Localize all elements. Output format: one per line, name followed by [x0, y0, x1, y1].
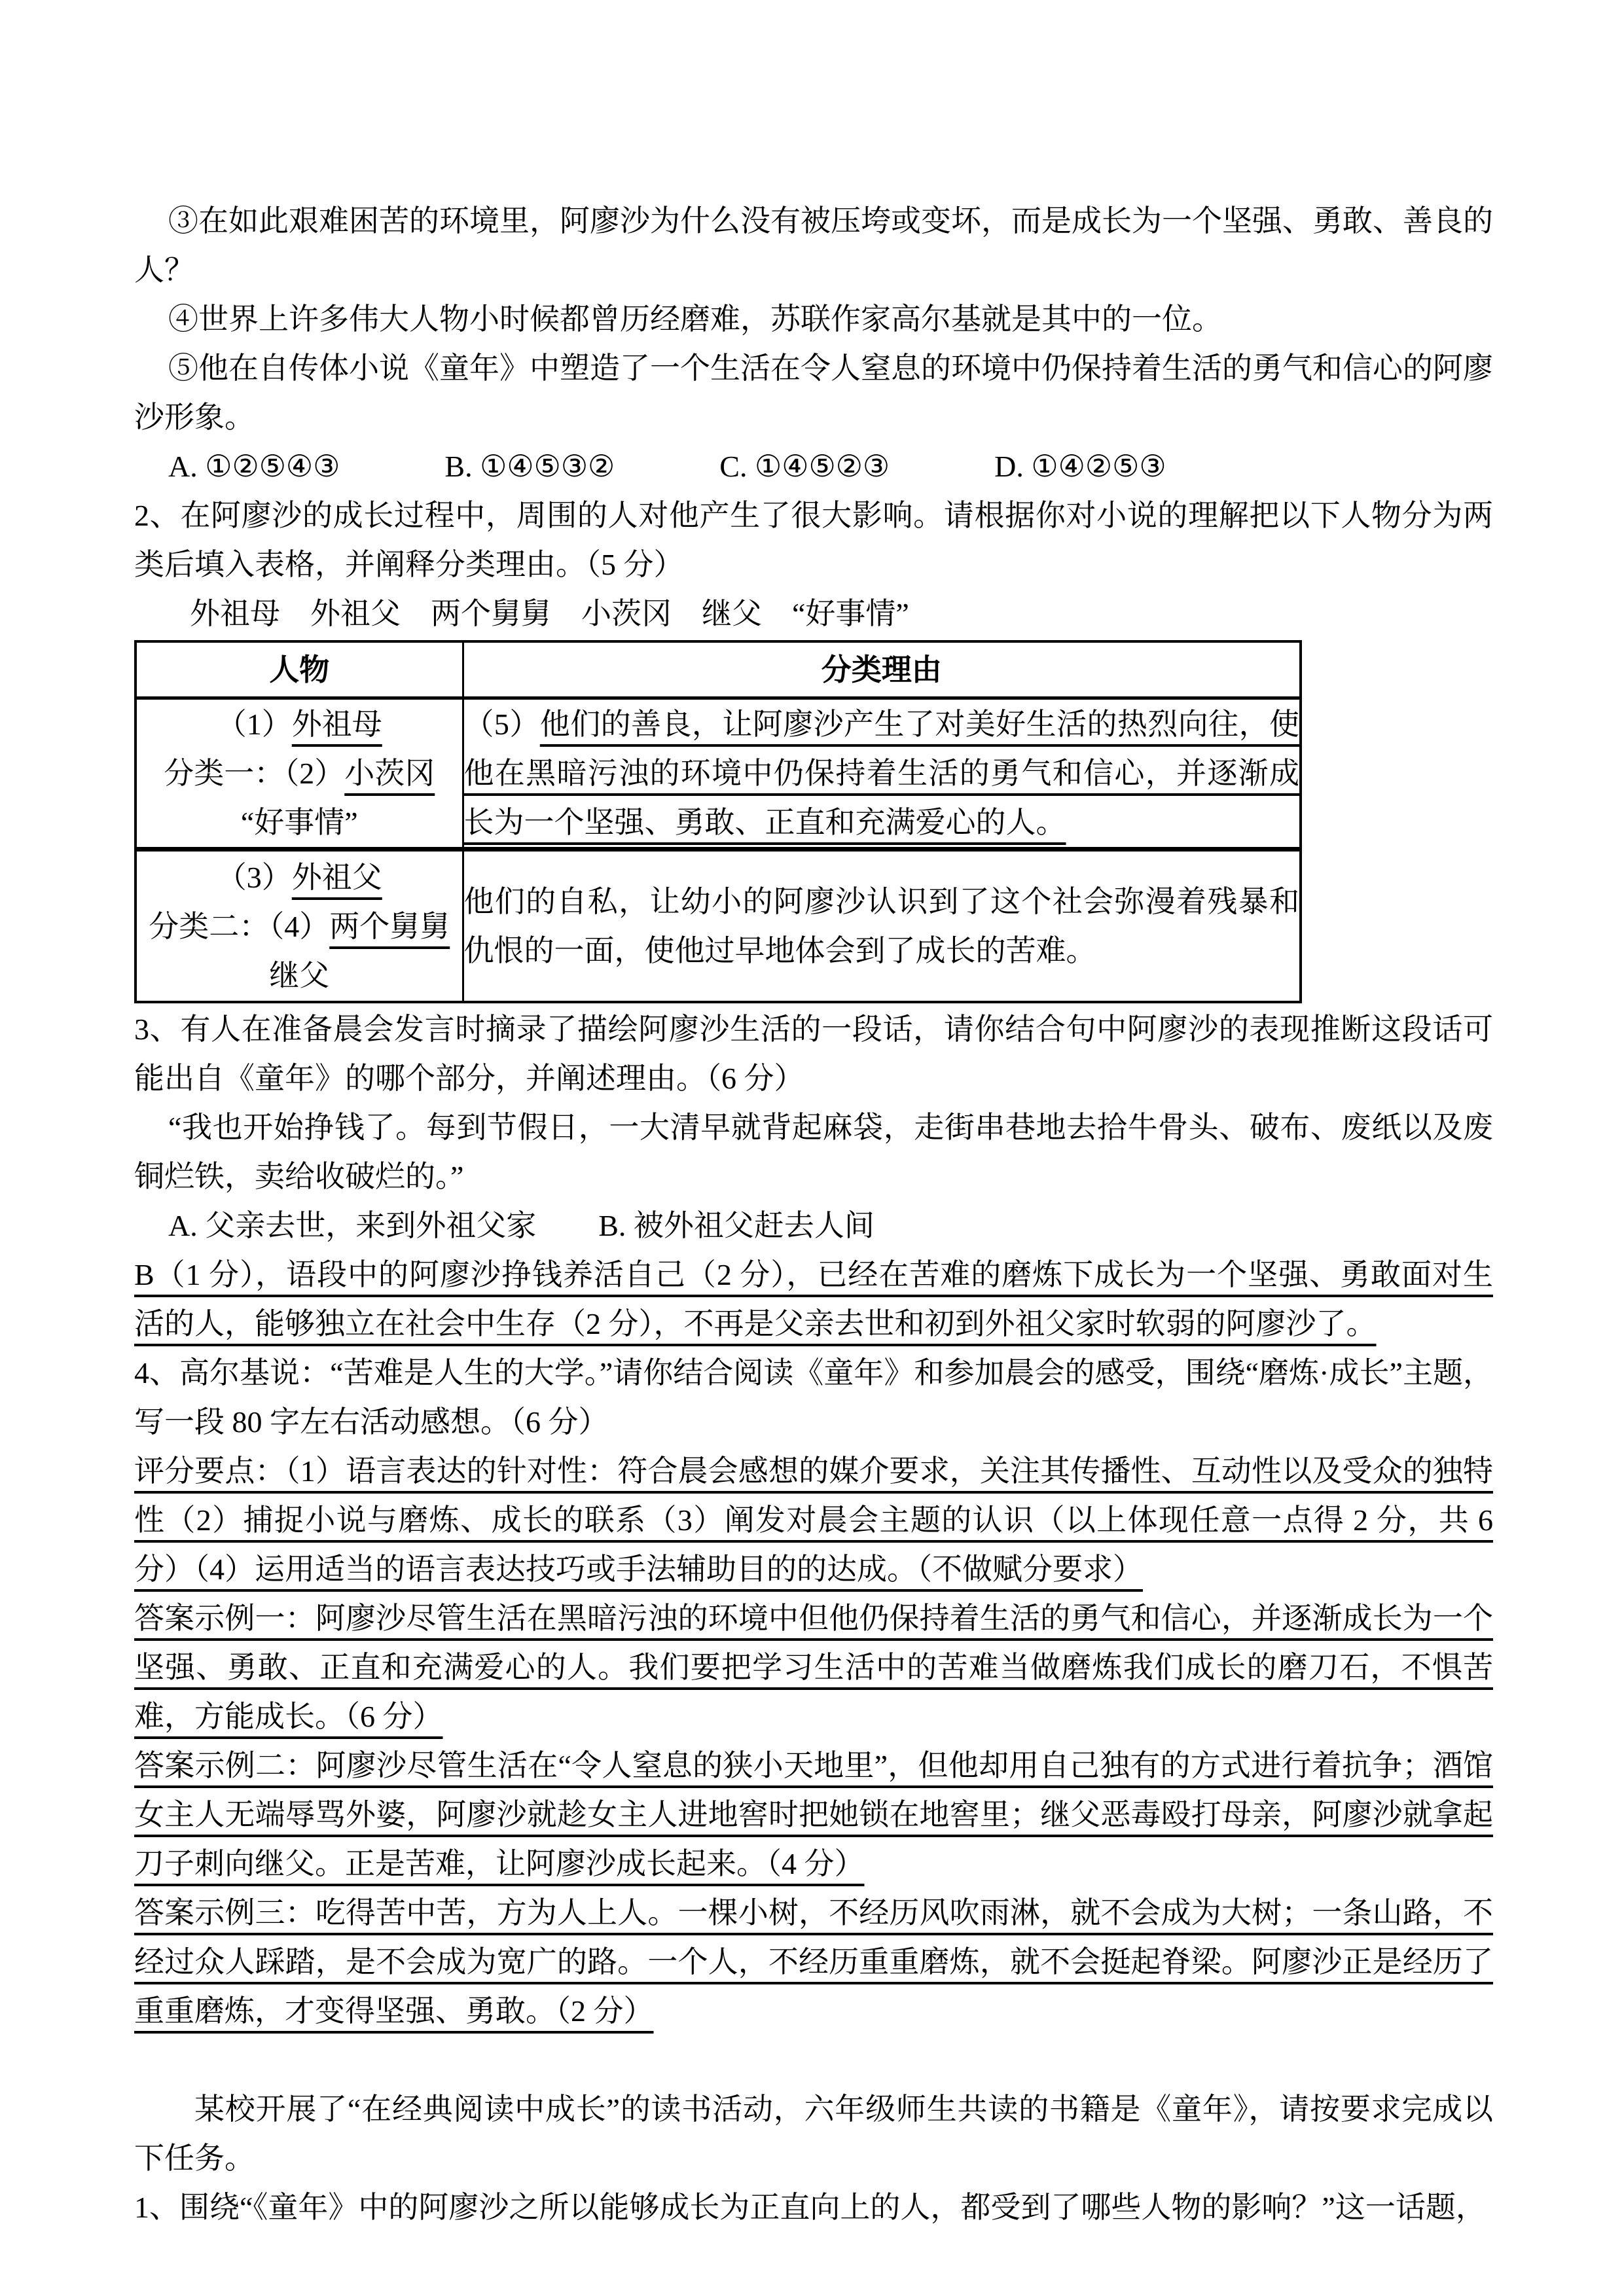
table-header-row: 人物 分类理由: [135, 641, 1301, 698]
q1-item-4: ④世界上许多伟大人物小时候都曾历经磨难，苏联作家高尔基就是其中的一位。: [134, 295, 1493, 344]
q3-answer: B（1 分），语段中的阿廖沙挣钱养活自己（2 分），已经在苦难的磨炼下成长为一个…: [134, 1250, 1493, 1348]
person-line: 继父: [137, 951, 462, 1000]
q4-answer-example-1: 答案示例一：阿廖沙尽管生活在黑暗污浊的环境中但他仍保持着生活的勇气和信心，并逐渐…: [134, 1594, 1493, 1741]
next-section-intro: 某校开展了“在经典阅读中成长”的读书活动，六年级师生共读的书籍是《童年》，请按要…: [134, 2085, 1493, 2183]
next-section-question-1: 1、围绕“《童年》中的阿廖沙之所以能够成长为正直向上的人，都受到了哪些人物的影响…: [134, 2183, 1493, 2232]
q1-option-d: D. ①④②⑤③: [994, 442, 1166, 491]
q4-answer-example-3: 答案示例三：吃得苦中苦，方为人上人。一棵小树，不经历风吹雨淋，就不会成为大树；一…: [134, 1888, 1493, 2036]
q3-text: 3、有人在准备晨会发言时摘录了描绘阿廖沙生活的一段话，请你结合句中阿廖沙的表现推…: [134, 1005, 1493, 1103]
person-line: 分类二：（4）两个舅舅: [137, 902, 462, 951]
document-page: ③在如此艰难困苦的环境里，阿廖沙为什么没有被压垮或变坏，而是成长为一个坚强、勇敢…: [0, 0, 1624, 2296]
q3-option-b: B. 被外祖父赶去人间: [598, 1201, 875, 1250]
q1-item-5: ⑤他在自传体小说《童年》中塑造了一个生活在令人窒息的环境中仍保持着生活的勇气和信…: [134, 344, 1493, 442]
person-cell-category-2: （3）外祖父 分类二：（4）两个舅舅 继父: [135, 850, 463, 1003]
q4-text: 4、高尔基说：“苦难是人生的大学。”请你结合阅读《童年》和参加晨会的感受，围绕“…: [134, 1348, 1493, 1446]
q4-answer-example-2: 答案示例二：阿廖沙尽管生活在“令人窒息的狭小天地里”，但他却用自己独有的方式进行…: [134, 1741, 1493, 1888]
reason-cell-category-2: 他们的自私，让幼小的阿廖沙认识到了这个社会弥漫着残暴和仇恨的一面，使他过早地体会…: [463, 850, 1301, 1003]
person-line: （3）外祖父: [137, 853, 462, 902]
q2-text: 2、在阿廖沙的成长过程中，周围的人对他产生了很大影响。请根据你对小说的理解把以下…: [134, 491, 1493, 589]
person-line: （1）外祖母: [137, 700, 462, 749]
table-header-reason: 分类理由: [463, 641, 1301, 698]
person-line: “好事情”: [137, 798, 462, 847]
person-cell-category-1: （1）外祖母 分类一：（2）小茨冈 “好事情”: [135, 698, 463, 850]
q1-options-row: A. ①②⑤④③ B. ①④⑤③② C. ①④⑤②③ D. ①④②⑤③: [134, 442, 1493, 491]
classification-table: 人物 分类理由 （1）外祖母 分类一：（2）小茨冈 “好事情” （5）他们的善良…: [134, 640, 1302, 1003]
table-row-category-2: （3）外祖父 分类二：（4）两个舅舅 继父 他们的自私，让幼小的阿廖沙认识到了这…: [135, 850, 1301, 1003]
q3-option-a: A. 父亲去世，来到外祖父家: [168, 1201, 536, 1250]
q1-option-b: B. ①④⑤③②: [444, 442, 615, 491]
q1-option-a: A. ①②⑤④③: [168, 442, 340, 491]
reason-cell-category-1: （5）他们的善良，让阿廖沙产生了对美好生活的热烈向往，使他在黑暗污浊的环境中仍保…: [463, 698, 1301, 850]
q3-quote: “我也开始挣钱了。每到节假日，一大清早就背起麻袋，走街串巷地去拾牛骨头、破布、废…: [134, 1103, 1493, 1201]
q2-character-list: 外祖母 外祖父 两个舅舅 小茨冈 继父 “好事情”: [134, 589, 1493, 638]
q1-option-c: C. ①④⑤②③: [719, 442, 890, 491]
table-row-category-1: （1）外祖母 分类一：（2）小茨冈 “好事情” （5）他们的善良，让阿廖沙产生了…: [135, 698, 1301, 850]
person-line: 分类一：（2）小茨冈: [137, 749, 462, 798]
q3-options-row: A. 父亲去世，来到外祖父家 B. 被外祖父赶去人间: [134, 1201, 1493, 1250]
q1-item-3: ③在如此艰难困苦的环境里，阿廖沙为什么没有被压垮或变坏，而是成长为一个坚强、勇敢…: [134, 196, 1493, 295]
table-header-person: 人物: [135, 641, 463, 698]
q4-scoring-points: 评分要点：（1）语言表达的针对性：符合晨会感想的媒介要求，关注其传播性、互动性以…: [134, 1446, 1493, 1594]
